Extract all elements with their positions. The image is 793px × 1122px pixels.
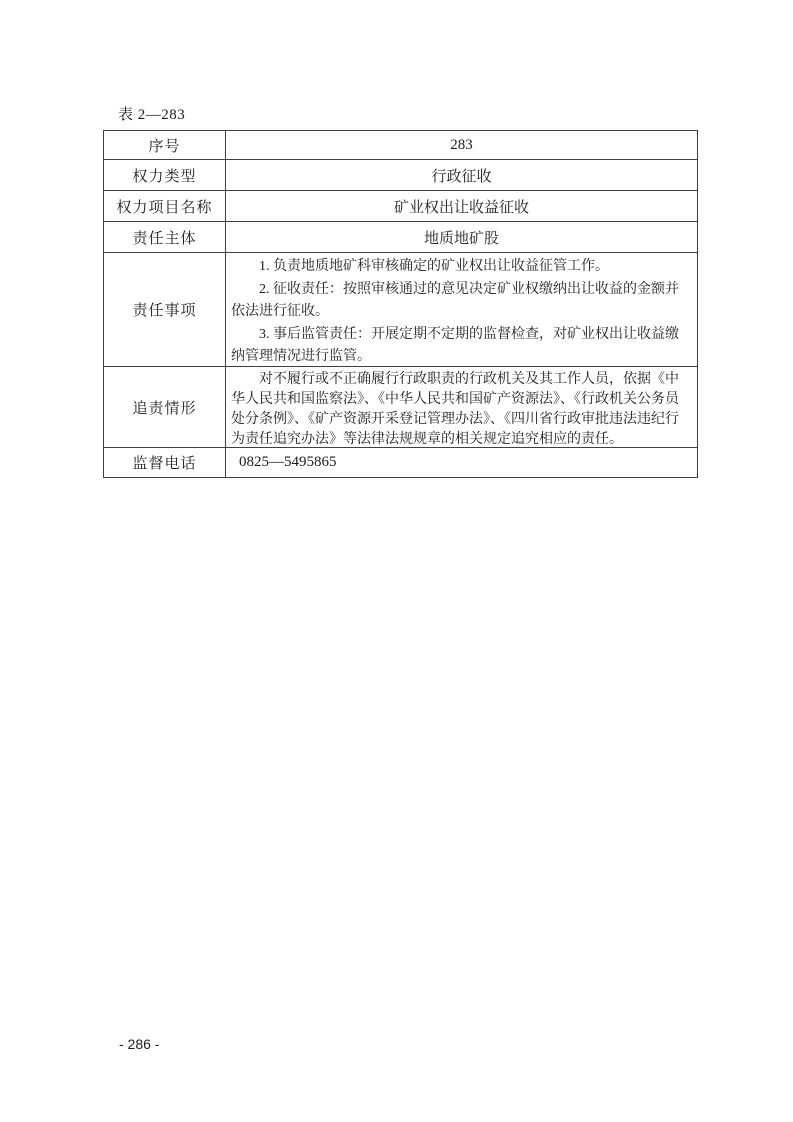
responsibility-item-3: 3. 事后监管责任：开展定期不定期的监督检查，对矿业权出让收益缴纳管理情况进行监… xyxy=(231,324,691,369)
responsibility-item-2: 2. 征收责任：按照审核通过的意见决定矿业权缴纳出让收益的金额并依法进行征收。 xyxy=(231,279,691,324)
row-value: 矿业权出让收益征收 xyxy=(226,191,697,221)
row-accountability-situations: 追责情形 对不履行或不正确履行行政职责的行政机关及其工作人员，依据《中华人民共和… xyxy=(104,367,697,448)
row-value: 地质地矿股 xyxy=(226,222,697,252)
row-serial-number: 序号 283 xyxy=(104,131,697,160)
supervision-phone-number: 0825—5495865 xyxy=(226,448,697,477)
responsibility-item-1: 1. 负责地质地矿科审核确定的矿业权出让收益征管工作。 xyxy=(231,256,691,279)
document-page: 表 2—283 序号 283 权力类型 行政征收 权力项目名称 矿业权出让收益征… xyxy=(0,0,793,1122)
row-value: 1. 负责地质地矿科审核确定的矿业权出让收益征管工作。 2. 征收责任：按照审核… xyxy=(226,253,697,366)
row-label: 监督电话 xyxy=(104,448,226,477)
row-label: 权力项目名称 xyxy=(104,191,226,221)
row-value: 283 xyxy=(226,131,697,159)
duty-table: 序号 283 权力类型 行政征收 权力项目名称 矿业权出让收益征收 责任主体 地… xyxy=(103,130,698,478)
row-power-type: 权力类型 行政征收 xyxy=(104,160,697,191)
row-value: 对不履行或不正确履行行政职责的行政机关及其工作人员，依据《中华人民共和国监察法》… xyxy=(226,367,697,447)
row-supervision-phone: 监督电话 0825—5495865 xyxy=(104,448,697,477)
row-responsible-entity: 责任主体 地质地矿股 xyxy=(104,222,697,253)
accountability-text: 对不履行或不正确履行行政职责的行政机关及其工作人员，依据《中华人民共和国监察法》… xyxy=(231,370,691,450)
table-caption: 表 2—283 xyxy=(118,103,185,124)
row-value: 行政征收 xyxy=(226,160,697,190)
row-label: 责任主体 xyxy=(104,222,226,252)
row-power-item-name: 权力项目名称 矿业权出让收益征收 xyxy=(104,191,697,222)
page-number: - 286 - xyxy=(119,1036,159,1052)
row-label: 责任事项 xyxy=(104,253,226,366)
row-label: 权力类型 xyxy=(104,160,226,190)
row-label: 追责情形 xyxy=(104,367,226,447)
row-responsibility-items: 责任事项 1. 负责地质地矿科审核确定的矿业权出让收益征管工作。 2. 征收责任… xyxy=(104,253,697,367)
row-label: 序号 xyxy=(104,131,226,159)
